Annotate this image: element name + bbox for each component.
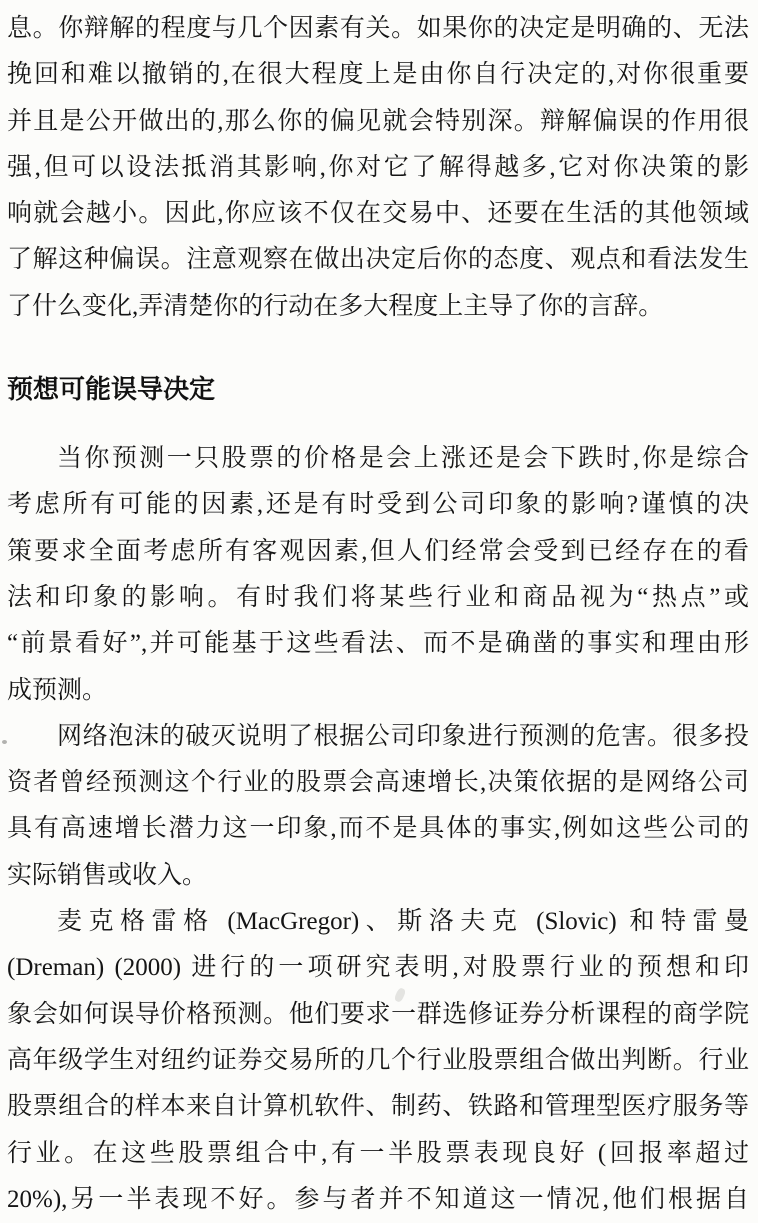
text-line: 并且是公开做出的,那么你的偏见就会特别深。辩解偏误的作用很 [7,99,749,145]
text-line: 挽回和难以撤销的,在很大程度上是由你自行决定的,对你很重要 [7,52,749,98]
text-line: 考虑所有可能的因素,还是有时受到公司印象的影响?谨慎的决 [7,482,749,528]
paragraph-forecast-question: 当你预测一只股票的价格是会上涨还是会下跌时,你是综合考虑所有可能的因素,还是有时… [7,436,749,714]
text-line: 强,但可以设法抵消其影响,你对它了解得越多,它对你决策的影 [7,145,749,191]
text-line: 成预测。 [7,668,749,714]
text-line: 了什么变化,弄清楚你的行动在多大程度上主导了你的言辞。 [7,284,749,330]
scan-artifact-dot [2,740,7,744]
text-line: 息。你辩解的程度与几个因素有关。如果你的决定是明确的、无法 [7,6,749,52]
text-line: 资者曾经预测这个行业的股票会高速增长,决策依据的是网络公司 [7,760,749,806]
paragraph-justification-bias: 息。你辩解的程度与几个因素有关。如果你的决定是明确的、无法挽回和难以撤销的,在很… [7,6,749,330]
text-line: 股票组合的样本来自计算机软件、制药、铁路和管理型医疗服务等 [7,1084,749,1130]
paragraph-dotcom-bubble: 网络泡沫的破灭说明了根据公司印象进行预测的危害。很多投资者曾经预测这个行业的股票… [7,714,749,899]
text-line: 网络泡沫的破灭说明了根据公司印象进行预测的危害。很多投 [7,714,749,760]
text-line: 象会如何误导价格预测。他们要求一群选修证券分析课程的商学院 [7,992,749,1038]
text-line: 响就会越小。因此,你应该不仅在交易中、还要在生活的其他领域 [7,191,749,237]
text-line: 高年级学生对纽约证券交易所的几个行业股票组合做出判断。行业 [7,1038,749,1084]
text-line: 当你预测一只股票的价格是会上涨还是会下跌时,你是综合 [7,436,749,482]
text-line: 20%),另一半表现不好。参与者并不知道这一情况,他们根据自 [7,1177,749,1223]
text-line: 麦克格雷格 (MacGregor)、斯洛夫克 (Slovic) 和特雷曼 [7,899,749,945]
text-line: 了解这种偏误。注意观察在做出决定后你的态度、观点和看法发生 [7,237,749,283]
text-line: 具有高速增长潜力这一印象,而不是具体的事实,例如这些公司的 [7,806,749,852]
section-heading: 预想可能误导决定 [7,370,749,408]
text-line: 策要求全面考虑所有客观因素,但人们经常会受到已经存在的看 [7,529,749,575]
text-line: 实际销售或收入。 [7,853,749,899]
text-line: “前景看好”,并可能基于这些看法、而不是确凿的事实和理由形 [7,621,749,667]
book-page: 息。你辩解的程度与几个因素有关。如果你的决定是明确的、无法挽回和难以撤销的,在很… [0,0,758,1223]
text-line: 行业。在这些股票组合中,有一半股票表现良好 (回报率超过 [7,1131,749,1177]
text-line: (Dreman) (2000) 进行的一项研究表明,对股票行业的预想和印 [7,945,749,991]
text-line: 法和印象的影响。有时我们将某些行业和商品视为“热点”或 [7,575,749,621]
paragraph-macgregor-study: 麦克格雷格 (MacGregor)、斯洛夫克 (Slovic) 和特雷曼(Dre… [7,899,749,1223]
